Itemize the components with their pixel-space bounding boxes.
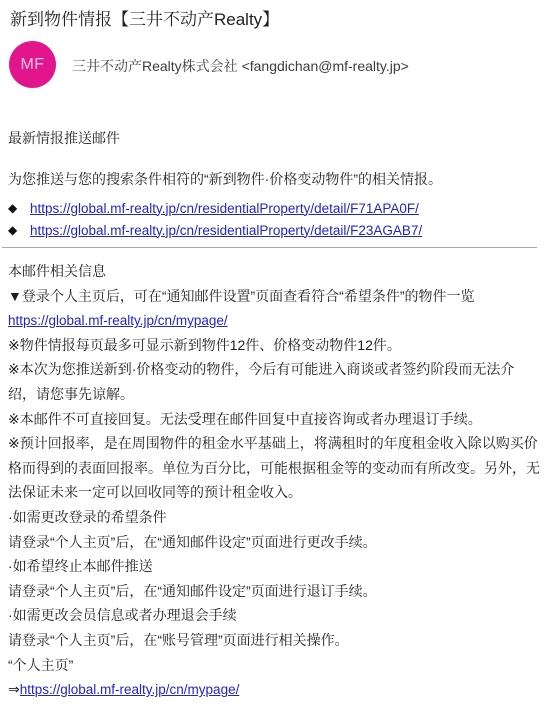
info-line: “个人主页” (8, 653, 541, 678)
diamond-bullet-icon: ◆ (8, 201, 30, 215)
info-line: ※物件情报每页最多可显示新到物件12件、价格变动物件12件。 (8, 333, 541, 358)
info-line: ⇒https://global.mf-realty.jp/cn/mypage/ (8, 677, 541, 702)
property-detail-link[interactable]: https://global.mf-realty.jp/cn/residenti… (30, 223, 422, 238)
info-line: ※本邮件不可直接回复。无法受理在邮件回复中直接咨询或者办理退订手续。 (8, 407, 541, 432)
property-link-list: ◆https://global.mf-realty.jp/cn/resident… (8, 197, 422, 241)
info-line: https://global.mf-realty.jp/cn/mypage/ (8, 308, 541, 333)
info-line: ※预计回报率，是在周围物件的租金水平基础上，将满租时的年度租金收入除以购买价 (8, 431, 541, 456)
divider (2, 247, 537, 248)
info-line: ·如需更改会员信息或者办理退会手续 (8, 603, 541, 628)
info-line: ▼登录个人主页后，可在“通知邮件设置”页面查看符合“希望条件”的物件一览 (8, 284, 541, 309)
info-line: 本邮件相关信息 (8, 259, 541, 284)
info-line: ·如需更改登录的希望条件 (8, 505, 541, 530)
sender-name-email: 三井不动产Realty株式会社 <fangdichan@mf-realty.jp… (72, 56, 409, 76)
info-line: ※本次为您推送新到·价格变动的物件，今后有可能进入商谈或者签约阶段而无法介 (8, 357, 541, 382)
info-line: 请登录“个人主页”后，在“账号管理”页面进行相关操作。 (8, 628, 541, 653)
diamond-bullet-icon: ◆ (8, 223, 30, 237)
mypage-link[interactable]: https://global.mf-realty.jp/cn/mypage/ (8, 313, 228, 328)
info-lines: 本邮件相关信息▼登录个人主页后，可在“通知邮件设置”页面查看符合“希望条件”的物… (8, 259, 541, 702)
info-line: 请登录“个人主页”后，在“通知邮件设定”页面进行退订手续。 (8, 579, 541, 604)
property-detail-link[interactable]: https://global.mf-realty.jp/cn/residenti… (30, 201, 419, 216)
property-link-row: ◆https://global.mf-realty.jp/cn/resident… (8, 197, 422, 219)
email-view: 新到物件情报【三井不动产Realty】 MF 三井不动产Realty株式会社 <… (0, 0, 545, 706)
info-line: 法保证未来一定可以回收同等的预计租金收入。 (8, 480, 541, 505)
email-subject: 新到物件情报【三井不动产Realty】 (10, 9, 279, 31)
intro-heading: 最新情报推送邮件 (8, 129, 120, 147)
arrow-icon: ⇒ (8, 681, 20, 697)
info-line: ·如希望终止本邮件推送 (8, 554, 541, 579)
property-link-row: ◆https://global.mf-realty.jp/cn/resident… (8, 219, 422, 241)
info-line: 格而得到的表面回报率。单位为百分比，可能根据租金等的变动而有所改变。另外，无 (8, 456, 541, 481)
sender-avatar[interactable]: MF (9, 41, 56, 88)
info-line: 请登录“个人主页”后，在“通知邮件设定”页面进行更改手续。 (8, 530, 541, 555)
mypage-link[interactable]: https://global.mf-realty.jp/cn/mypage/ (20, 682, 240, 697)
intro-lead: 为您推送与您的搜索条件相符的“新到物件·价格变动物件”的相关情报。 (8, 170, 442, 188)
info-line: 绍，请您事先谅解。 (8, 382, 541, 407)
